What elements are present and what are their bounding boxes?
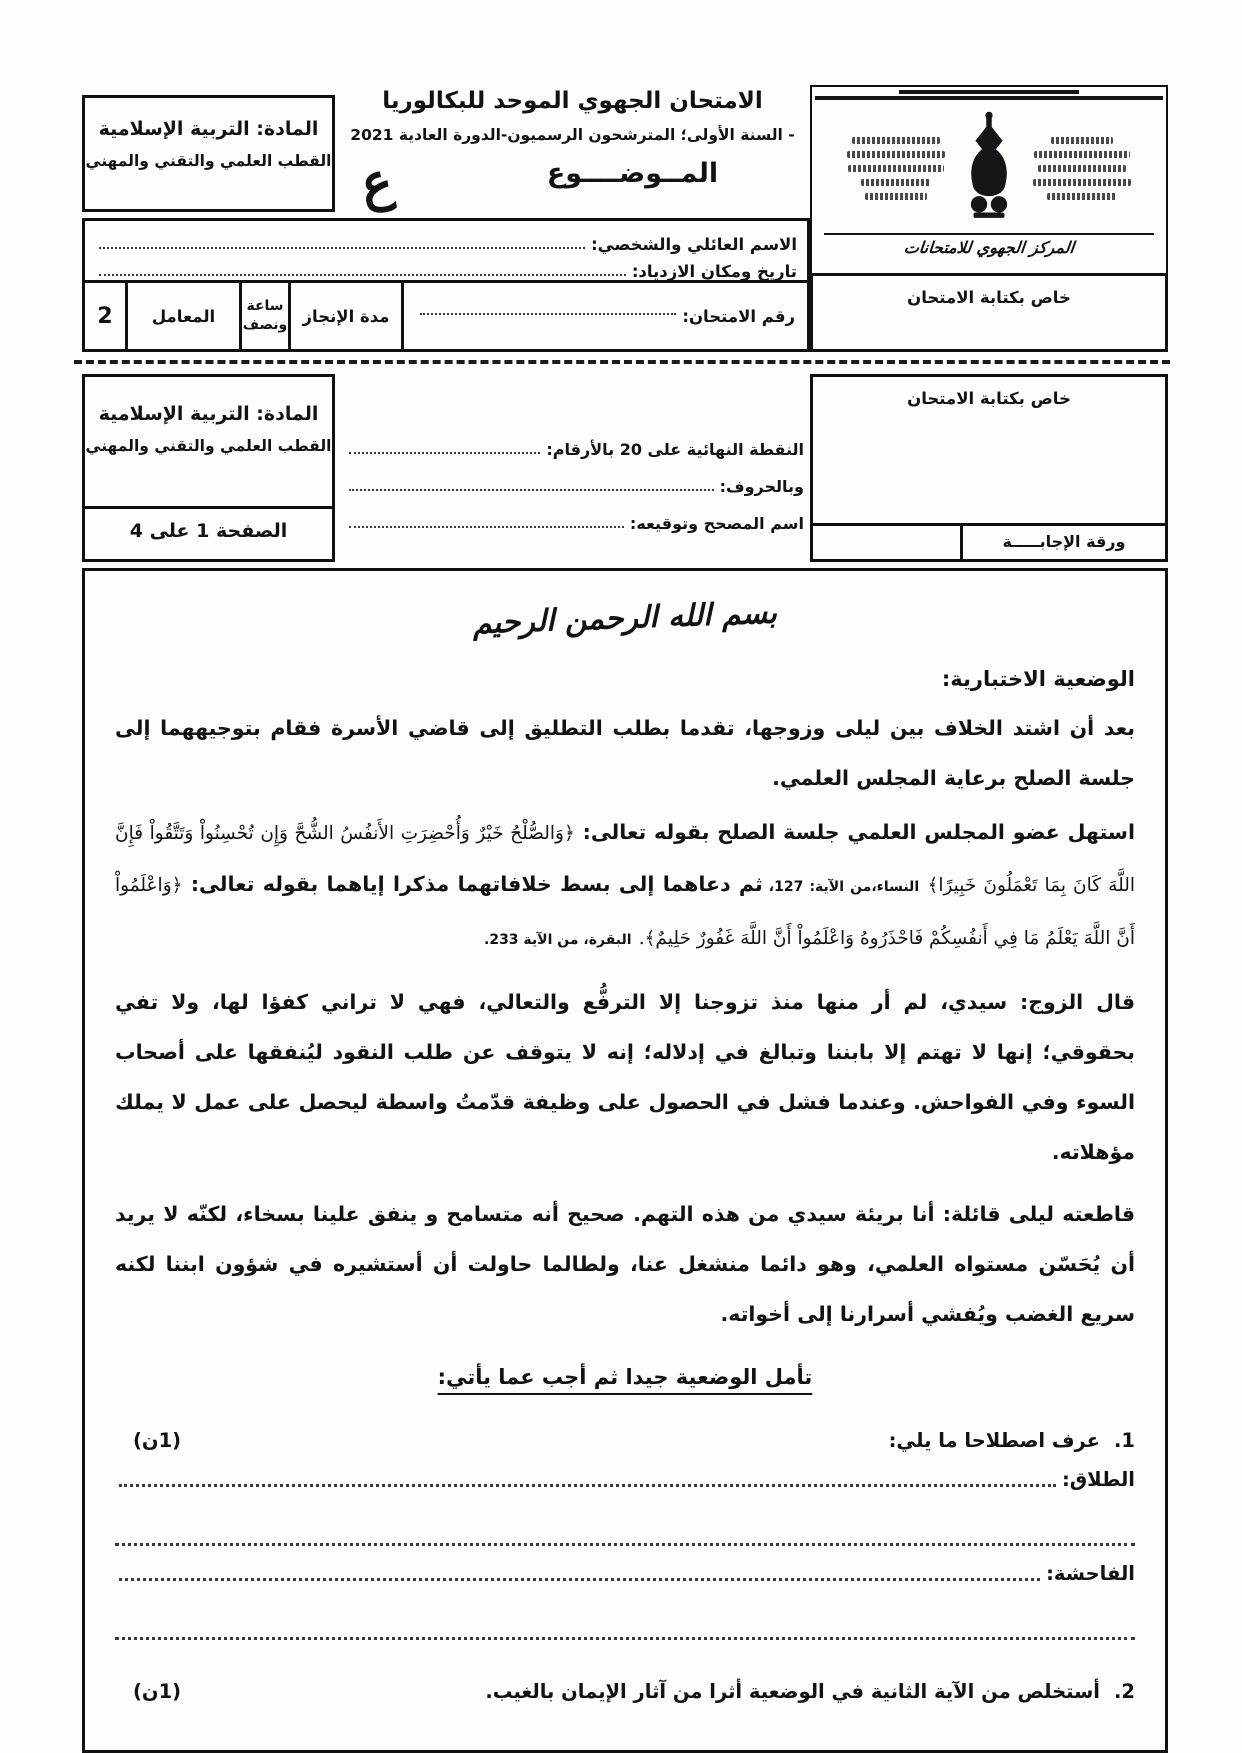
task-heading: تأمل الوضعية جيدا ثم أجب عما يأتي: bbox=[438, 1365, 813, 1389]
score-letters-field: وبالحروف: bbox=[345, 459, 804, 496]
score-digits-field: النقطة النهائية على 20 بالأرقام: bbox=[345, 422, 804, 459]
term-fahisha-line bbox=[119, 1578, 1040, 1581]
doc-type-label: المــوضــــوع bbox=[395, 158, 870, 189]
score-letters-line bbox=[349, 489, 714, 491]
question-2-text-row: 2.أستخلص من الآية الثانية في الوضعية أثر… bbox=[485, 1680, 1135, 1703]
empty-cell bbox=[813, 526, 960, 559]
verse-ref-2: البقرة، من الآية 233. bbox=[484, 932, 632, 948]
ministry-emblem-icon bbox=[956, 109, 1022, 227]
answer-line-2 bbox=[115, 1637, 1135, 1640]
task-heading-row: تأمل الوضعية جيدا ثم أجب عما يأتي: bbox=[115, 1365, 1135, 1389]
verse-ref-1: النساء،من الآية: 127، bbox=[763, 879, 919, 895]
logo-divider bbox=[824, 233, 1154, 235]
corrector-field: اسم المصحح وتوقيعه: bbox=[345, 496, 804, 533]
situation-paragraph-3: قال الزوج: سيدي، لم أر منها منذ تزوجنا إ… bbox=[115, 977, 1135, 1177]
exam-office-label: خاص بكتابة الامتحان bbox=[907, 288, 1071, 307]
question-1-points: (1ن) bbox=[133, 1429, 181, 1452]
corrector-label: اسم المصحح وتوقيعه: bbox=[630, 514, 804, 533]
birth-label: تاريخ ومكان الازدياد: bbox=[632, 262, 797, 281]
duration-value: ساعة ونصف bbox=[239, 280, 291, 352]
name-input-line bbox=[99, 247, 585, 249]
term-fahisha-label: الفاحشة: bbox=[1046, 1562, 1135, 1585]
coefficient-value: 2 bbox=[82, 280, 128, 352]
subject-pole: القطب العلمي والتقني والمهني bbox=[85, 152, 332, 170]
exam-meta-row: رقم الامتحان: مدة الإنجاز ساعة ونصف المع… bbox=[82, 280, 810, 352]
question-2-text: أستخلص من الآية الثانية في الوضعية أثرا … bbox=[485, 1680, 1100, 1703]
subject-pole-2: القطب العلمي والتقني والمهني bbox=[85, 437, 332, 455]
p2-middle: ثم دعاهما إلى بسط خلافاتهما مذكرا إياهما… bbox=[182, 872, 762, 896]
question-1-text: عرف اصطلاحا ما يلي: bbox=[889, 1429, 1100, 1452]
subject-name-2: المادة: التربية الإسلامية bbox=[85, 403, 332, 425]
score-letters-label: وبالحروف: bbox=[720, 477, 804, 496]
score-digits-line bbox=[349, 452, 540, 454]
cut-line bbox=[74, 360, 1170, 364]
duration-label: مدة الإنجاز bbox=[288, 280, 404, 352]
situation-heading: الوضعية الاختبارية: bbox=[115, 667, 1135, 691]
subject-box-2: المادة: التربية الإسلامية القطب العلمي و… bbox=[82, 374, 335, 562]
name-label: الاسم العائلي والشخصي: bbox=[591, 235, 797, 254]
handwritten-mark: ع bbox=[356, 150, 397, 215]
coefficient-label: المعامل bbox=[125, 280, 242, 352]
birth-input-line bbox=[99, 274, 626, 276]
ministry-text-right bbox=[1032, 130, 1132, 207]
exam-title: الامتحان الجهوي الموحد للبكالوريا bbox=[335, 88, 810, 114]
grading-box: النقطة النهائية على 20 بالأرقام: وبالحرو… bbox=[335, 374, 810, 562]
subject-box: المادة: التربية الإسلامية القطب العلمي و… bbox=[82, 95, 335, 212]
candidate-info-box: الاسم العائلي والشخصي: تاريخ ومكان الازد… bbox=[82, 218, 810, 283]
exam-number-line bbox=[420, 313, 676, 315]
answer-sheet-row: ورقة الإجابـــــة bbox=[813, 523, 1165, 559]
answer-line bbox=[115, 1543, 1135, 1546]
ministry-logo-box: المركز الجهوي للامتحانات bbox=[810, 85, 1168, 278]
name-field: الاسم العائلي والشخصي: bbox=[95, 227, 797, 254]
ministry-header bbox=[812, 109, 1166, 227]
exam-session: - السنة الأولى؛ المترشحون الرسميون-الدور… bbox=[335, 126, 810, 144]
exam-office-box: خاص بكتابة الامتحان bbox=[810, 273, 1168, 352]
term-fahisha-row: الفاحشة: bbox=[115, 1562, 1135, 1585]
subject-name: المادة: التربية الإسلامية bbox=[85, 118, 332, 140]
answer-sheet-label: ورقة الإجابـــــة bbox=[960, 526, 1165, 559]
question-2-number: 2. bbox=[1114, 1680, 1135, 1703]
exam-office-box-2: خاص بكتابة الامتحان ورقة الإجابـــــة bbox=[810, 374, 1168, 562]
term-divorce-line bbox=[119, 1484, 1056, 1487]
situation-paragraph-2: استهل عضو المجلس العلمي جلسة الصلح بقوله… bbox=[115, 807, 1135, 965]
subject-box-2-top: المادة: التربية الإسلامية القطب العلمي و… bbox=[85, 377, 332, 509]
ministry-text-left bbox=[846, 130, 946, 207]
page-indicator: الصفحة 1 على 4 bbox=[85, 509, 332, 559]
question-2: 2.أستخلص من الآية الثانية في الوضعية أثر… bbox=[115, 1680, 1135, 1703]
term-divorce-label: الطلاق: bbox=[1062, 1468, 1135, 1491]
exam-body: بسم الله الرحمن الرحيم الوضعية الاختباري… bbox=[82, 568, 1168, 1753]
logo-ornament-line bbox=[815, 89, 1163, 101]
bismillah-calligraphy: بسم الله الرحمن الرحيم bbox=[115, 583, 1136, 663]
score-digits-label: النقطة النهائية على 20 بالأرقام: bbox=[546, 440, 804, 459]
question-1-text-row: 1.عرف اصطلاحا ما يلي: bbox=[889, 1429, 1135, 1452]
birth-field: تاريخ ومكان الازدياد: bbox=[95, 254, 797, 281]
situation-paragraph-4: قاطعته ليلى قائلة: أنا بريئة سيدي من هذه… bbox=[115, 1189, 1135, 1339]
question-1-number: 1. bbox=[1114, 1429, 1135, 1452]
regional-center-caption: المركز الجهوي للامتحانات bbox=[811, 238, 1167, 257]
term-divorce-row: الطلاق: bbox=[115, 1468, 1135, 1491]
exam-number-label: رقم الامتحان: bbox=[682, 307, 795, 326]
exam-office-label-2: خاص بكتابة الامتحان bbox=[813, 377, 1165, 523]
exam-page: المادة: التربية الإسلامية القطب العلمي و… bbox=[0, 0, 1242, 1753]
question-2-points: (1ن) bbox=[133, 1680, 181, 1703]
exam-title-block: الامتحان الجهوي الموحد للبكالوريا - السن… bbox=[335, 88, 810, 228]
exam-number-cell: رقم الامتحان: bbox=[401, 280, 810, 352]
corrector-line bbox=[349, 526, 624, 528]
situation-paragraph-1: بعد أن اشتد الخلاف بين ليلى وزوجها، تقدم… bbox=[115, 703, 1135, 803]
question-1: 1.عرف اصطلاحا ما يلي: (1ن) bbox=[115, 1429, 1135, 1452]
p2-intro: استهل عضو المجلس العلمي جلسة الصلح بقوله… bbox=[575, 820, 1135, 844]
